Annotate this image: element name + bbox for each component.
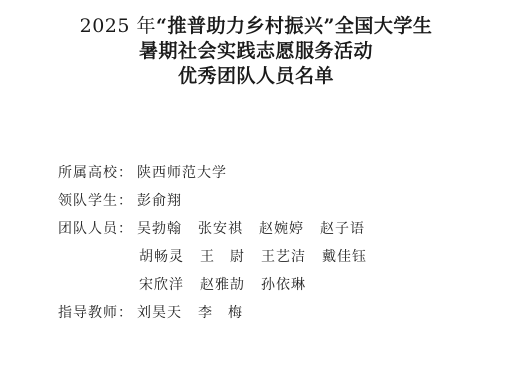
advisor-name: 刘昊天 [137,299,182,327]
member-name: 王艺洁 [261,243,306,271]
advisors-values: 刘昊天 李 梅 [137,299,259,327]
title-year: 2025 年 [80,15,156,37]
title-scope: 全国大学生 [335,15,433,37]
title-line-1: 2025 年“推普助力乡村振兴”全国大学生 [0,14,512,39]
team-info: 所属高校： 陕西师范大学 领队学生： 彭俞翔 团队人员： 吴勃翰 张安祺 赵婉婷… [58,159,383,327]
title-line-3: 优秀团队人员名单 [0,64,512,89]
team-leader-label: 领队学生： [58,187,137,215]
member-name: 张安祺 [198,215,243,243]
team-members-row: 团队人员： 吴勃翰 张安祺 赵婉婷 赵子语 [58,215,383,243]
member-name: 赵雅劼 [200,271,245,299]
team-members-line-1: 吴勃翰 张安祺 赵婉婷 赵子语 [137,215,381,243]
member-name: 吴勃翰 [137,215,182,243]
team-members-line-3: 宋欣洋 赵雅劼 孙依琳 [58,271,383,299]
advisor-name: 李 梅 [198,299,243,327]
member-name: 孙依琳 [261,271,306,299]
member-name: 赵子语 [320,215,365,243]
team-members-label: 团队人员： [58,215,137,243]
document-title: 2025 年“推普助力乡村振兴”全国大学生 暑期社会实践志愿服务活动 优秀团队人… [0,14,512,89]
team-leader-value: 彭俞翔 [137,187,182,215]
member-name: 王 尉 [200,243,245,271]
team-members-values: 胡畅灵 王 尉 王艺洁 戴佳钰 [139,243,383,271]
university-row: 所属高校： 陕西师范大学 [58,159,383,187]
title-line-2: 暑期社会实践志愿服务活动 [0,39,512,64]
team-members-line-2: 胡畅灵 王 尉 王艺洁 戴佳钰 [58,243,383,271]
member-name: 戴佳钰 [322,243,367,271]
member-name: 宋欣洋 [139,271,184,299]
advisors-label: 指导教师： [58,299,137,327]
advisors-row: 指导教师： 刘昊天 李 梅 [58,299,383,327]
member-name: 赵婉婷 [259,215,304,243]
title-theme: “推普助力乡村振兴” [156,15,335,37]
team-members-values: 宋欣洋 赵雅劼 孙依琳 [139,271,322,299]
member-name: 胡畅灵 [139,243,184,271]
university-value: 陕西师范大学 [137,159,227,187]
team-leader-row: 领队学生： 彭俞翔 [58,187,383,215]
university-label: 所属高校： [58,159,137,187]
